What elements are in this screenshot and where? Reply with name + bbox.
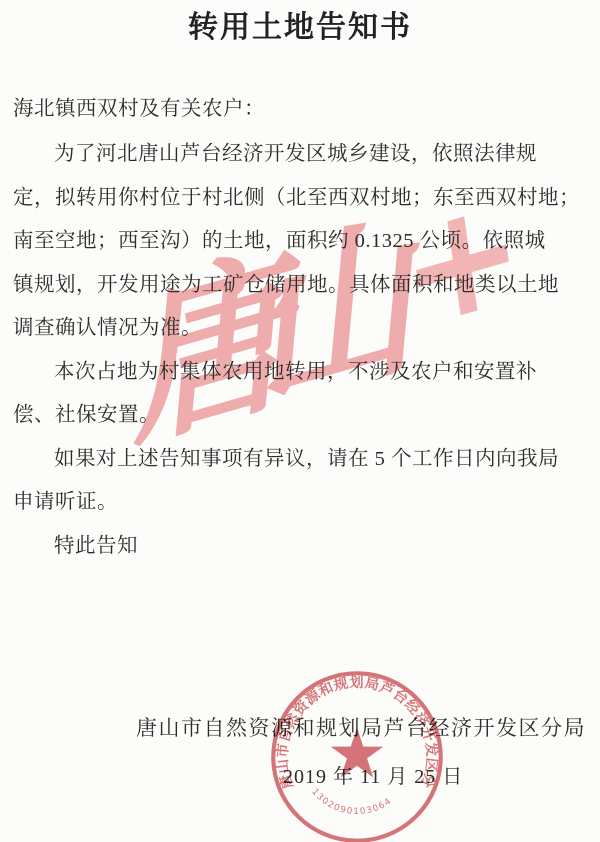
body-line: 本次占地为村集体农用地转用，不涉及农户和安置补 — [13, 351, 592, 395]
body-line: 申请听证。 — [13, 481, 592, 525]
seal-ring — [273, 673, 440, 840]
body-line: 定，拟转用你村位于村北侧（北至西双村地；东至西双村地； — [13, 177, 592, 221]
document-page: 唐山+ 转用土地告知书 海北镇西双村及有关农户： 为了河北唐山芦台经济开发区城乡… — [0, 0, 600, 842]
body-line: 偿、社保安置。 — [13, 394, 592, 438]
seal-code: 1302090103064 — [309, 787, 394, 817]
salutation: 海北镇西双村及有关农户： — [13, 91, 265, 121]
body-line: 调查确认情况为准。 — [13, 307, 592, 351]
body-line: 南至空地；西至沟）的土地，面积约 0.1325 公顷。依照城 — [13, 220, 592, 264]
page-title: 转用土地告知书 — [0, 2, 600, 46]
closing-line: 特此告知 — [13, 525, 592, 569]
document-body: 为了河北唐山芦台经济开发区城乡建设，依照法律规 定，拟转用你村位于村北侧（北至西… — [13, 133, 592, 568]
official-seal: 唐山市自然资源和规划局芦台经济开发区分局 1302090103064 — [265, 665, 449, 842]
svg-text:1302090103064: 1302090103064 — [309, 787, 394, 817]
body-line: 为了河北唐山芦台经济开发区城乡建设，依照法律规 — [13, 133, 592, 177]
document-date: 2019 年 11 月 25 日 — [283, 760, 463, 789]
body-line: 如果对上述告知事项有异议，请在 5 个工作日内向我局 — [13, 438, 592, 482]
issuing-agency: 唐山市自然资源和规划局芦台经济开发区分局 — [136, 712, 586, 742]
body-line: 镇规划，开发用途为工矿仓储用地。具体面积和地类以土地 — [13, 264, 592, 308]
